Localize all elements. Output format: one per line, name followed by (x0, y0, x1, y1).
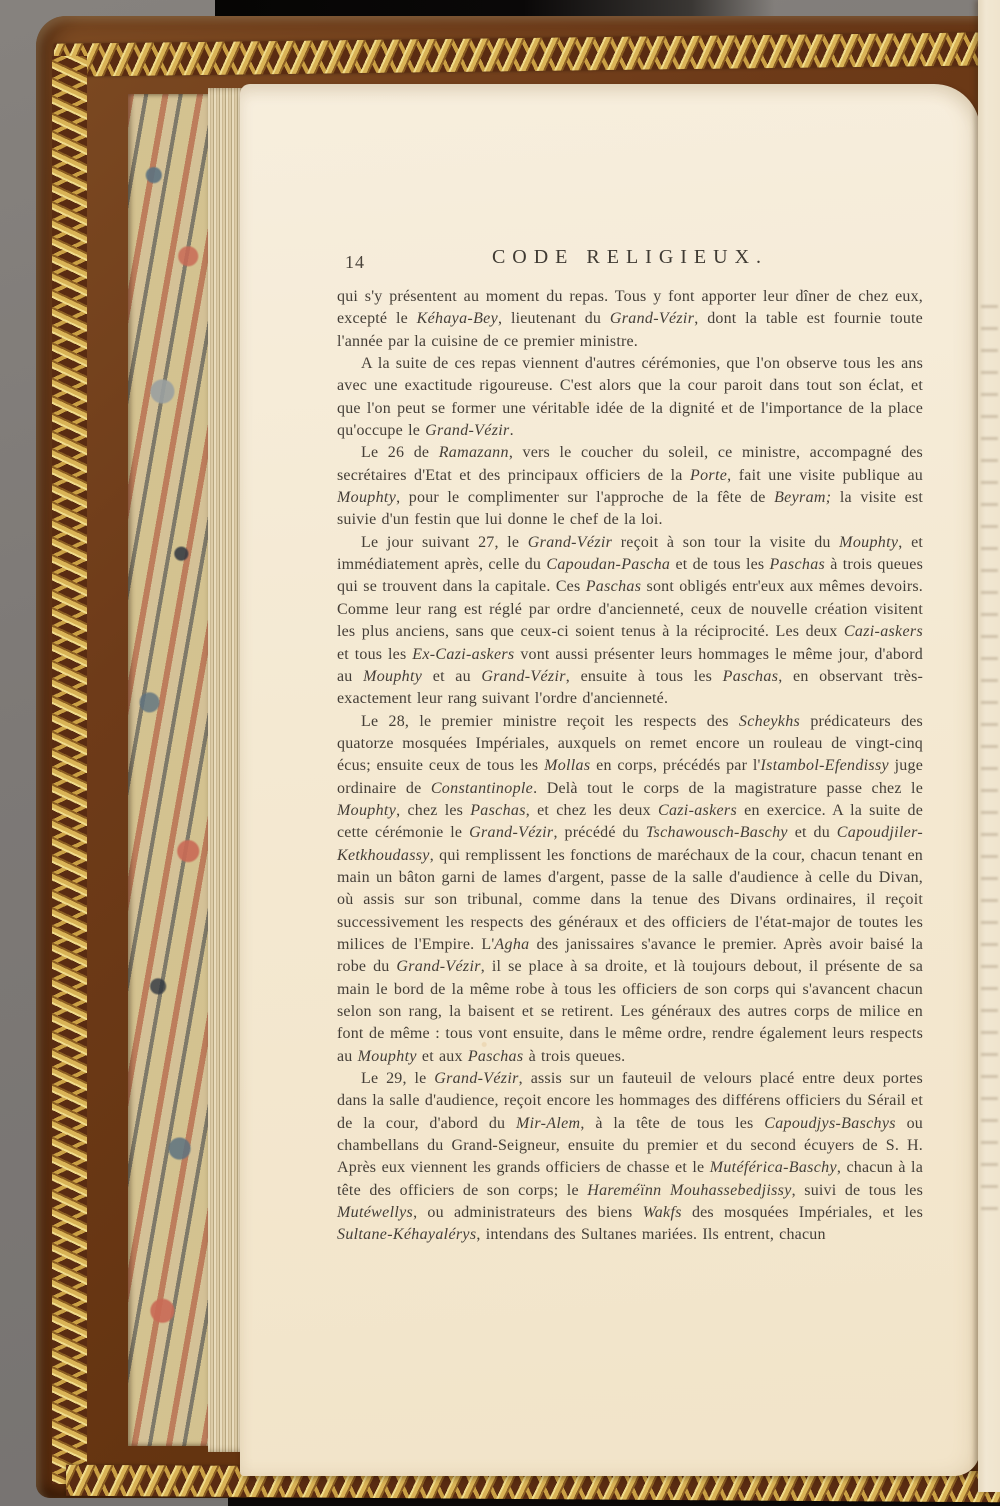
show-through-text (981, 290, 998, 1210)
next-page-fore-edge (978, 0, 1000, 1492)
italic-term: Cazi-askers (658, 802, 737, 819)
text-run: . (510, 422, 514, 439)
italic-term: Scheykhs (739, 713, 800, 730)
paragraph: qui s'y présentent au moment du repas. T… (337, 286, 923, 353)
book: 14 CODE RELIGIEUX. qui s'y présentent au… (36, 16, 1000, 1498)
text-run: , intendans des Sultanes mariées. Ils en… (476, 1226, 825, 1243)
italic-term: Paschas (586, 578, 642, 595)
text-run: , à la tête de tous les (580, 1115, 764, 1132)
marbled-endpaper (128, 94, 214, 1446)
italic-term: Porte (690, 467, 727, 484)
italic-term: Grand-Vézir (610, 310, 694, 327)
text-run: , lieutenant du (498, 310, 610, 327)
italic-term: Ex-Cazi-askers (412, 646, 514, 663)
italic-term: Grand-Vézir (469, 824, 553, 841)
italic-term: Paschas (723, 668, 779, 685)
page-header: 14 CODE RELIGIEUX. (337, 246, 923, 286)
text-run: reçoit à son tour la visite du (612, 534, 839, 551)
italic-term: Grand-Vézir (434, 1070, 518, 1087)
paragraph: Le jour suivant 27, le Grand-Vézir reçoi… (337, 532, 923, 711)
italic-term: Mouphty (363, 668, 422, 685)
text-run: , fait une visite publique au (727, 467, 923, 484)
italic-term: Grand-Vézir (528, 534, 612, 551)
text-run: , suivi de tous les (792, 1182, 923, 1199)
text-run: , précédé du (553, 824, 645, 841)
text-block: qui s'y présentent au moment du repas. T… (337, 286, 923, 1247)
italic-term: Istambol-Efendissy (761, 757, 889, 774)
text-run: et du (788, 824, 837, 841)
italic-term: Agha (494, 936, 529, 953)
text-run: et de tous les (670, 556, 769, 573)
text-run: , chez les (396, 802, 470, 819)
italic-term: Capoudjys-Baschys (764, 1115, 896, 1132)
page-title: CODE RELIGIEUX. (337, 246, 923, 269)
italic-term: Sultane-Kéhayalérys (337, 1226, 476, 1243)
italic-term: Mouphty (337, 802, 396, 819)
italic-term: Mir-Alem (516, 1115, 580, 1132)
italic-term: Mouphty (839, 534, 898, 551)
paragraph: Le 26 de Ramazann, vers le coucher du so… (337, 442, 923, 531)
italic-term: Mutéférica-Baschy (710, 1159, 837, 1176)
text-run: Le 29, le (361, 1070, 434, 1087)
text-run: et au (422, 668, 481, 685)
italic-term: Capoudan-Pascha (546, 556, 670, 573)
italic-term: Mouphty (337, 489, 396, 506)
italic-term: Wakfs (643, 1204, 682, 1221)
text-run: , pour le complimenter sur l'approche de… (396, 489, 774, 506)
page-content: 14 CODE RELIGIEUX. qui s'y présentent au… (337, 246, 923, 1247)
italic-term: Ramazann (439, 444, 509, 461)
text-run: et tous les (337, 646, 412, 663)
italic-term: Cazi-askers (844, 623, 923, 640)
text-run: . Delà tout le corps de la magistrature … (533, 780, 923, 797)
text-run: , ensuite à tous les (566, 668, 723, 685)
italic-term: Mollas (544, 757, 590, 774)
italic-term: Grand-Vézir (425, 422, 509, 439)
text-run: en corps, précédés par l' (590, 757, 760, 774)
text-run: des mosquées Impériales, et les (682, 1204, 923, 1221)
italic-term: Paschas (770, 556, 826, 573)
paragraph: Le 29, le Grand-Vézir, assis sur un faut… (337, 1068, 923, 1247)
text-run: et aux (417, 1048, 468, 1065)
italic-term: Paschas (470, 802, 526, 819)
text-run: , et chez les deux (526, 802, 658, 819)
italic-term: Tschawousch-Baschy (646, 824, 788, 841)
italic-term: Beyram; (774, 489, 831, 506)
italic-term: Grand-Vézir (481, 668, 565, 685)
paragraph: Le 28, le premier ministre reçoit les re… (337, 711, 923, 1069)
italic-term: Hareméïnn Mouhassebedjissy (587, 1182, 791, 1199)
text-run: Le 26 de (361, 444, 439, 461)
text-run: à trois queues. (523, 1048, 625, 1065)
italic-term: Paschas (468, 1048, 524, 1065)
text-run: Le 28, le premier ministre reçoit les re… (361, 713, 739, 730)
paragraph: A la suite de ces repas viennent d'autre… (337, 353, 923, 442)
italic-term: Kéhaya-Bey (417, 310, 498, 327)
book-page: 14 CODE RELIGIEUX. qui s'y présentent au… (240, 84, 980, 1476)
italic-term: Mouphty (358, 1048, 417, 1065)
italic-term: Grand-Vézir (396, 958, 480, 975)
gilt-border-left (52, 56, 87, 1484)
photo-backdrop: 14 CODE RELIGIEUX. qui s'y présentent au… (0, 0, 1000, 1506)
italic-term: Mutéwellys (337, 1204, 413, 1221)
text-run: Le jour suivant 27, le (361, 534, 528, 551)
italic-term: Constantinople (431, 780, 533, 797)
text-run: , ou administrateurs des biens (413, 1204, 642, 1221)
